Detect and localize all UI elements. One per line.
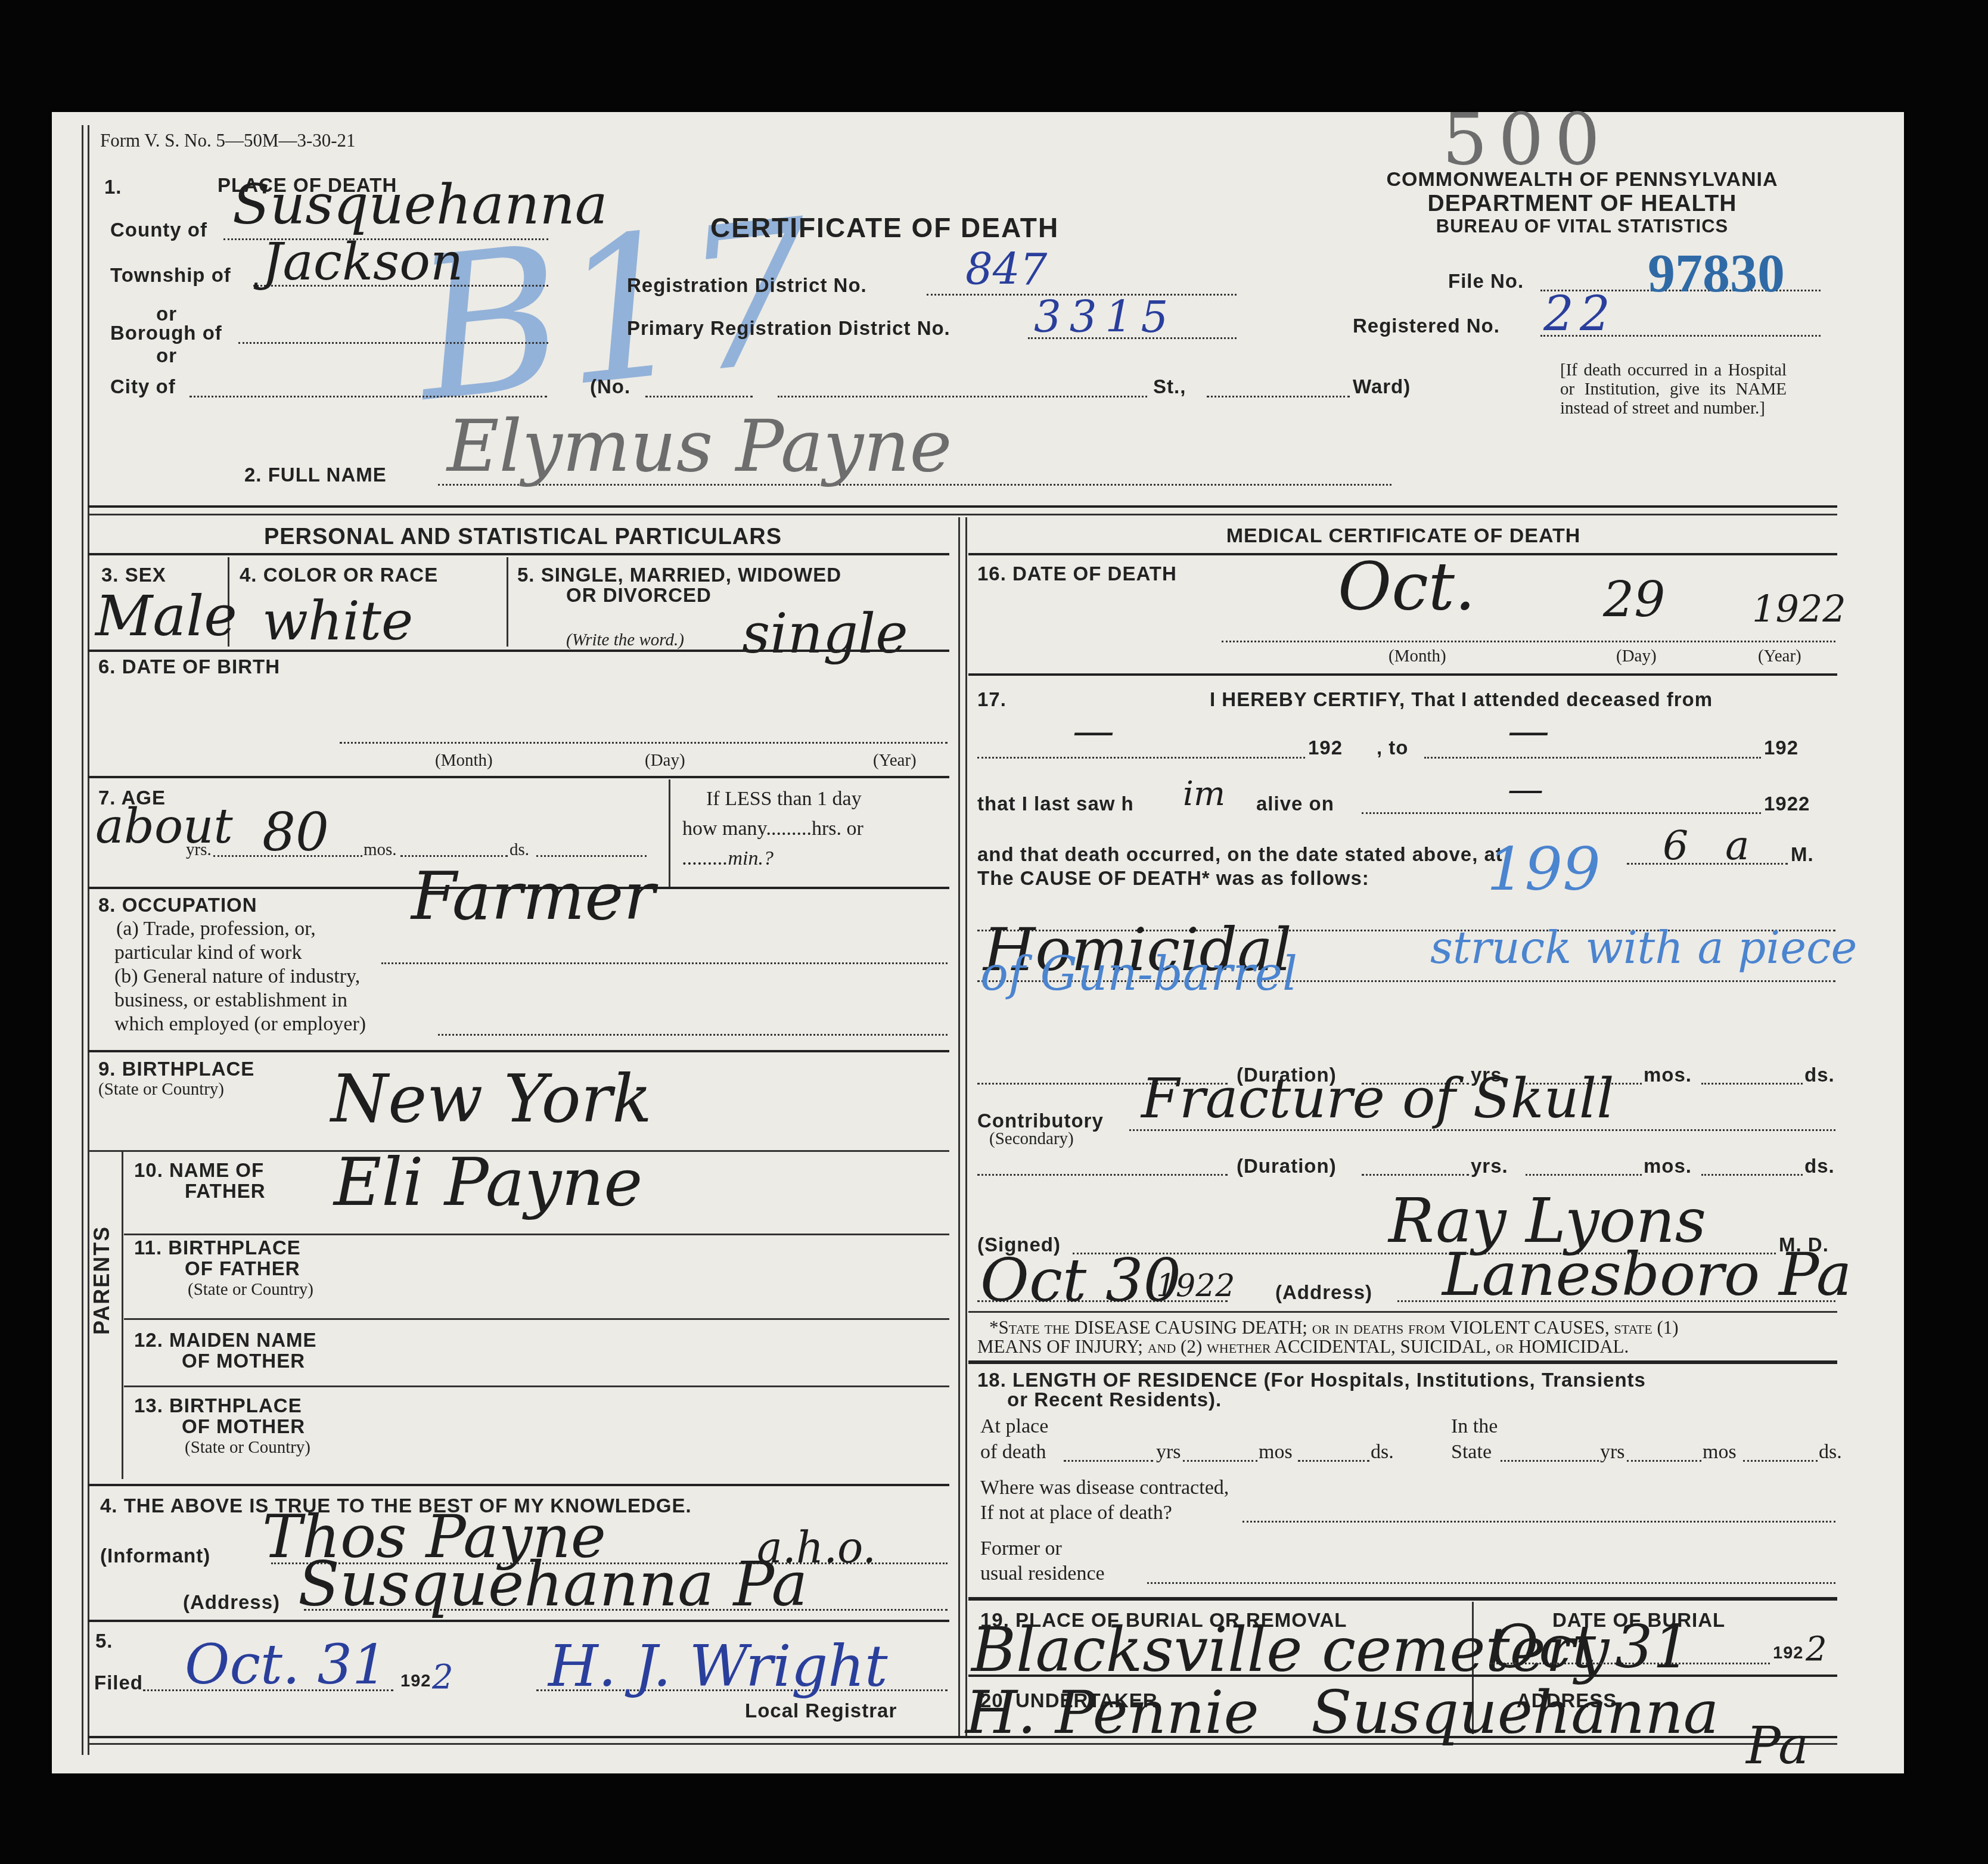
street-number-line <box>645 396 753 397</box>
age-ds-label: ds. <box>510 840 529 860</box>
occupation-a-line-1: (a) Trade, profession, or, <box>116 918 316 940</box>
physician-address-label: (Address) <box>1275 1281 1372 1304</box>
row-rule-11 <box>124 1318 949 1320</box>
disease-contracted-label-2: If not at place of death? <box>980 1502 1172 1524</box>
cause-note-1: struck with a piece <box>1430 922 1857 974</box>
agency-line-1: COMMONWEALTH OF PENNSYLVANIA <box>1347 168 1818 191</box>
death-time-statement: and that death occurred, on the date sta… <box>977 843 1503 866</box>
row-rule-10 <box>124 1234 949 1235</box>
left-border-line-inner <box>88 125 89 1755</box>
at-place-ds-line <box>1298 1460 1369 1462</box>
in-state-mos-line <box>1627 1460 1701 1462</box>
row-rule-12 <box>124 1385 949 1387</box>
city-label: City of <box>110 375 176 398</box>
occupation-b-line-1: (b) General nature of industry, <box>114 965 360 988</box>
mother-maiden-name-label-1: 12. MAIDEN NAME <box>134 1329 317 1352</box>
less-than-day-line-3: .........min.? <box>682 847 774 870</box>
personal-particulars-heading: PERSONAL AND STATISTICAL PARTICULARS <box>89 524 956 550</box>
ward-line <box>1207 396 1350 397</box>
at-place-label-1: At place <box>980 1415 1048 1438</box>
occupation-label: 8. OCCUPATION <box>98 894 257 917</box>
registered-number-value: 22 <box>1543 286 1616 341</box>
file-number-label: File No. <box>1448 270 1524 293</box>
city-line <box>190 396 547 397</box>
date-of-birth-line <box>340 742 948 744</box>
primary-district-value: 3315 <box>1034 292 1176 342</box>
date-of-death-day: 29 <box>1603 572 1665 629</box>
filed-label: Filed <box>94 1672 143 1694</box>
street-label: St., <box>1153 375 1186 398</box>
ward-label: Ward) <box>1353 375 1411 398</box>
mother-maiden-name-label-2: OF MOTHER <box>182 1350 305 1372</box>
row-rule-13 <box>88 1484 949 1486</box>
street-line <box>778 396 1147 397</box>
contributory-value: Fracture of Skull <box>1141 1067 1614 1130</box>
undertaker-value: H. Pennie <box>965 1677 1259 1747</box>
duration2-label: (Duration) <box>1237 1155 1337 1178</box>
duration-ds-line <box>1701 1083 1803 1085</box>
father-name-label-2: FATHER <box>185 1180 266 1203</box>
agency-line-3: BUREAU OF VITAL STATISTICS <box>1347 216 1818 237</box>
age-years-value: 80 <box>262 801 329 863</box>
column-divider-left <box>958 517 960 1736</box>
father-birthplace-label-1: 11. BIRTHPLACE <box>134 1237 301 1259</box>
marital-status-hint: (Write the word.) <box>566 630 684 650</box>
occupation-value: Farmer <box>411 858 655 934</box>
marital-status-label-2: OR DIVORCED <box>566 584 712 607</box>
medical-rule-17 <box>968 1360 1837 1364</box>
borough-label: Borough of <box>110 322 222 344</box>
medical-rule-18 <box>968 1597 1837 1601</box>
father-birthplace-hint: (State or Country) <box>188 1280 313 1300</box>
dod-day-caption: (Day) <box>1616 647 1657 666</box>
footnote-line-2: MEANS OF INJURY; and (2) whether ACCIDEN… <box>977 1336 1629 1357</box>
former-residence-line <box>1147 1582 1835 1584</box>
less-than-day-line-1: If LESS than 1 day <box>706 788 862 810</box>
birthplace-hint: (State or Country) <box>98 1080 224 1099</box>
section-15-number: 5. <box>95 1630 113 1652</box>
duration2-mos-label: mos. <box>1644 1155 1692 1178</box>
last-saw-date-line <box>1362 812 1761 814</box>
county-value: Susquehanna <box>232 173 608 237</box>
undertaker-address-value: Susquehanna <box>1311 1677 1719 1747</box>
header-rule-1 <box>88 505 1837 508</box>
residence-heading-2: or Recent Residents). <box>1007 1388 1222 1411</box>
marital-status-label-1: 5. SINGLE, MARRIED, WIDOWED <box>517 564 841 586</box>
in-state-mos-label: mos <box>1703 1441 1737 1464</box>
at-place-yrs-line <box>1064 1460 1153 1462</box>
age-mos-line <box>400 855 508 857</box>
filed-year-suffix: 2 <box>432 1658 453 1697</box>
agency-line-2: DEPARTMENT OF HEALTH <box>1347 191 1818 217</box>
medical-rule-16 <box>968 673 1837 676</box>
father-name-label-1: 10. NAME OF <box>134 1159 264 1182</box>
duration-mos-label: mos. <box>1644 1064 1692 1086</box>
attended-to-label: , to <box>1377 737 1408 759</box>
occupation-b-line-3: which employed (or employer) <box>114 1013 366 1036</box>
death-time-value: 6 a <box>1663 822 1761 869</box>
alive-on-label: alive on <box>1256 793 1334 815</box>
filed-date-value: Oct. 31 <box>185 1633 387 1697</box>
in-state-yrs-label: yrs <box>1600 1441 1625 1464</box>
attended-from-year: 192 <box>1308 737 1343 759</box>
attended-from-line <box>977 757 1305 759</box>
last-saw-pronoun: im <box>1183 775 1225 813</box>
attended-to-line <box>1424 757 1761 759</box>
age-mos-label: mos. <box>364 840 397 860</box>
cause-note-2: of Gun-barrel <box>980 947 1297 1001</box>
in-state-yrs-line <box>1501 1460 1599 1462</box>
in-state-label-1: In the <box>1451 1415 1498 1438</box>
attended-to-dash: — <box>1508 706 1549 755</box>
borough-line <box>238 342 548 344</box>
header-rule-2 <box>88 514 1837 515</box>
primary-district-label: Primary Registration District No. <box>627 317 950 340</box>
last-saw-year: 1922 <box>1764 793 1810 815</box>
attended-to-year: 192 <box>1764 737 1798 759</box>
death-time-meridian: M. <box>1791 843 1814 866</box>
physician-address-value: Lanesboro Pa <box>1442 1239 1852 1309</box>
column-divider-right <box>965 517 967 1736</box>
color-race-value: white <box>262 590 413 653</box>
in-state-ds-line <box>1743 1460 1818 1462</box>
mother-birthplace-label-1: 13. BIRTHPLACE <box>134 1394 302 1417</box>
dod-month-caption: (Month) <box>1389 647 1446 666</box>
date-of-death-label: 16. DATE OF DEATH <box>977 563 1177 585</box>
medical-certificate-heading: MEDICAL CERTIFICATE OF DEATH <box>968 524 1838 548</box>
sex-label: 3. SEX <box>101 564 166 586</box>
footnote-line-1: *State the DISEASE CAUSING DEATH; or in … <box>989 1317 1679 1338</box>
hospital-note: [If death occurred in a Hospital or Inst… <box>1560 361 1787 418</box>
attended-from-dash: — <box>1073 706 1114 755</box>
informant-label: (Informant) <box>100 1545 210 1567</box>
last-saw-label: that I last saw h <box>977 793 1134 815</box>
certificate-title: CERTIFICATE OF DEATH <box>710 212 1059 244</box>
cause-of-death-label: The CAUSE OF DEATH* was as follows: <box>977 867 1369 890</box>
at-place-mos-label: mos <box>1259 1441 1293 1464</box>
at-place-yrs-label: yrs <box>1156 1441 1181 1464</box>
duration2-mos-line <box>1526 1174 1642 1176</box>
duration2-yrs-line <box>1362 1174 1469 1176</box>
in-state-label-2: State <box>1451 1441 1492 1464</box>
duration-ds-label: ds. <box>1804 1064 1835 1086</box>
burial-date-value: Oct 31 <box>1490 1612 1691 1682</box>
age-yrs-line <box>213 855 362 857</box>
disease-contracted-label-1: Where was disease contracted, <box>980 1477 1229 1499</box>
registration-district-value: 847 <box>965 244 1047 294</box>
row-rule-8 <box>88 1050 949 1052</box>
township-label: Township of <box>110 264 231 287</box>
last-saw-date-dash: — <box>1508 769 1543 810</box>
personal-heading-rule <box>88 553 949 555</box>
sex-value: Male <box>95 584 237 649</box>
cause-code: 199 <box>1487 834 1601 904</box>
signed-year-value: 1922 <box>1156 1268 1235 1304</box>
county-label: County of <box>110 219 207 241</box>
registrar-value: H. J. Wright <box>548 1633 888 1700</box>
signed-date-value: Oct 30 <box>980 1245 1181 1315</box>
former-residence-label-1: Former or <box>980 1537 1062 1560</box>
full-name-label: 2. FULL NAME <box>244 464 387 486</box>
color-divider <box>507 557 508 647</box>
burial-year-prefix: 192 <box>1773 1644 1803 1663</box>
occupation-b-line-2: business, or establishment in <box>114 989 347 1012</box>
parents-side-label: PARENTS <box>89 1226 114 1335</box>
file-number-stamp: 97830 <box>1648 241 1785 305</box>
certify-number: 17. <box>977 688 1007 711</box>
informant-address-value: Susquehanna Pa <box>298 1549 807 1620</box>
registered-number-label: Registered No. <box>1353 315 1500 337</box>
certify-statement: I HEREBY CERTIFY, That I attended deceas… <box>1210 688 1713 711</box>
less-than-day-line-2: how many.........hrs. or <box>682 818 863 840</box>
dod-year-caption: (Year) <box>1758 647 1801 666</box>
filed-year-prefix: 192 <box>400 1672 431 1691</box>
duration2-ds-label: ds. <box>1804 1155 1835 1178</box>
date-of-birth-label: 6. DATE OF BIRTH <box>98 655 280 678</box>
former-residence-label-2: usual residence <box>980 1562 1105 1585</box>
dob-month-caption: (Month) <box>435 751 493 771</box>
row-rule-6 <box>88 776 949 778</box>
mother-birthplace-hint: (State or Country) <box>185 1438 310 1458</box>
occupation-a-line <box>381 962 948 964</box>
duration2-line <box>977 1174 1228 1176</box>
form-number: Form V. S. No. 5—50M—3-30-21 <box>100 130 356 151</box>
age-ds-line <box>536 855 647 857</box>
street-number-label: (No. <box>590 375 630 398</box>
disease-contracted-line <box>1242 1521 1835 1523</box>
local-registrar-label: Local Registrar <box>745 1700 897 1722</box>
marital-status-value: single <box>742 602 908 666</box>
informant-address-label: (Address) <box>183 1591 280 1614</box>
date-of-death-year: 1922 <box>1752 587 1846 630</box>
date-of-death-month: Oct. <box>1338 548 1476 625</box>
color-race-label: 4. COLOR OR RACE <box>240 564 438 586</box>
dob-day-caption: (Day) <box>645 751 685 771</box>
secondary-label: (Secondary) <box>989 1129 1074 1149</box>
duration2-yrs-label: yrs. <box>1471 1155 1508 1178</box>
father-name-value: Eli Payne <box>334 1144 642 1220</box>
burial-rule <box>968 1675 1837 1677</box>
mother-birthplace-label-2: OF MOTHER <box>182 1415 305 1438</box>
in-state-ds-label: ds. <box>1819 1441 1842 1464</box>
dob-year-caption: (Year) <box>873 751 917 771</box>
parents-side-divider <box>122 1151 123 1479</box>
at-place-ds-label: ds. <box>1371 1441 1394 1464</box>
father-birthplace-label-2: OF FATHER <box>185 1257 300 1280</box>
occupation-a-line-2: particular kind of work <box>114 942 302 964</box>
full-name-value: Elymus Payne <box>447 405 952 488</box>
undertaker-address-state: Pa <box>1746 1716 1809 1776</box>
duration2-ds-line <box>1701 1174 1803 1176</box>
date-of-death-line <box>1222 641 1835 642</box>
age-prefix: about <box>95 799 233 854</box>
left-border-line <box>82 125 83 1755</box>
or-label-2: or <box>156 344 177 367</box>
burial-year-suffix: 2 <box>1806 1630 1827 1669</box>
at-place-label-2: of death <box>980 1441 1046 1464</box>
birthplace-label: 9. BIRTHPLACE <box>98 1058 254 1080</box>
medical-rule-sig <box>968 1311 1837 1313</box>
at-place-mos-line <box>1183 1460 1257 1462</box>
registration-district-label: Registration District No. <box>627 274 867 297</box>
row-rule-14 <box>88 1620 949 1622</box>
section-1-number: 1. <box>104 176 122 198</box>
age-yrs-label: yrs. <box>186 840 212 860</box>
row-rule-3-5 <box>88 650 949 652</box>
age-divider <box>669 779 670 887</box>
township-value: Jackson <box>262 232 463 292</box>
birthplace-value: New York <box>331 1061 652 1137</box>
occupation-b-line <box>438 1034 948 1036</box>
